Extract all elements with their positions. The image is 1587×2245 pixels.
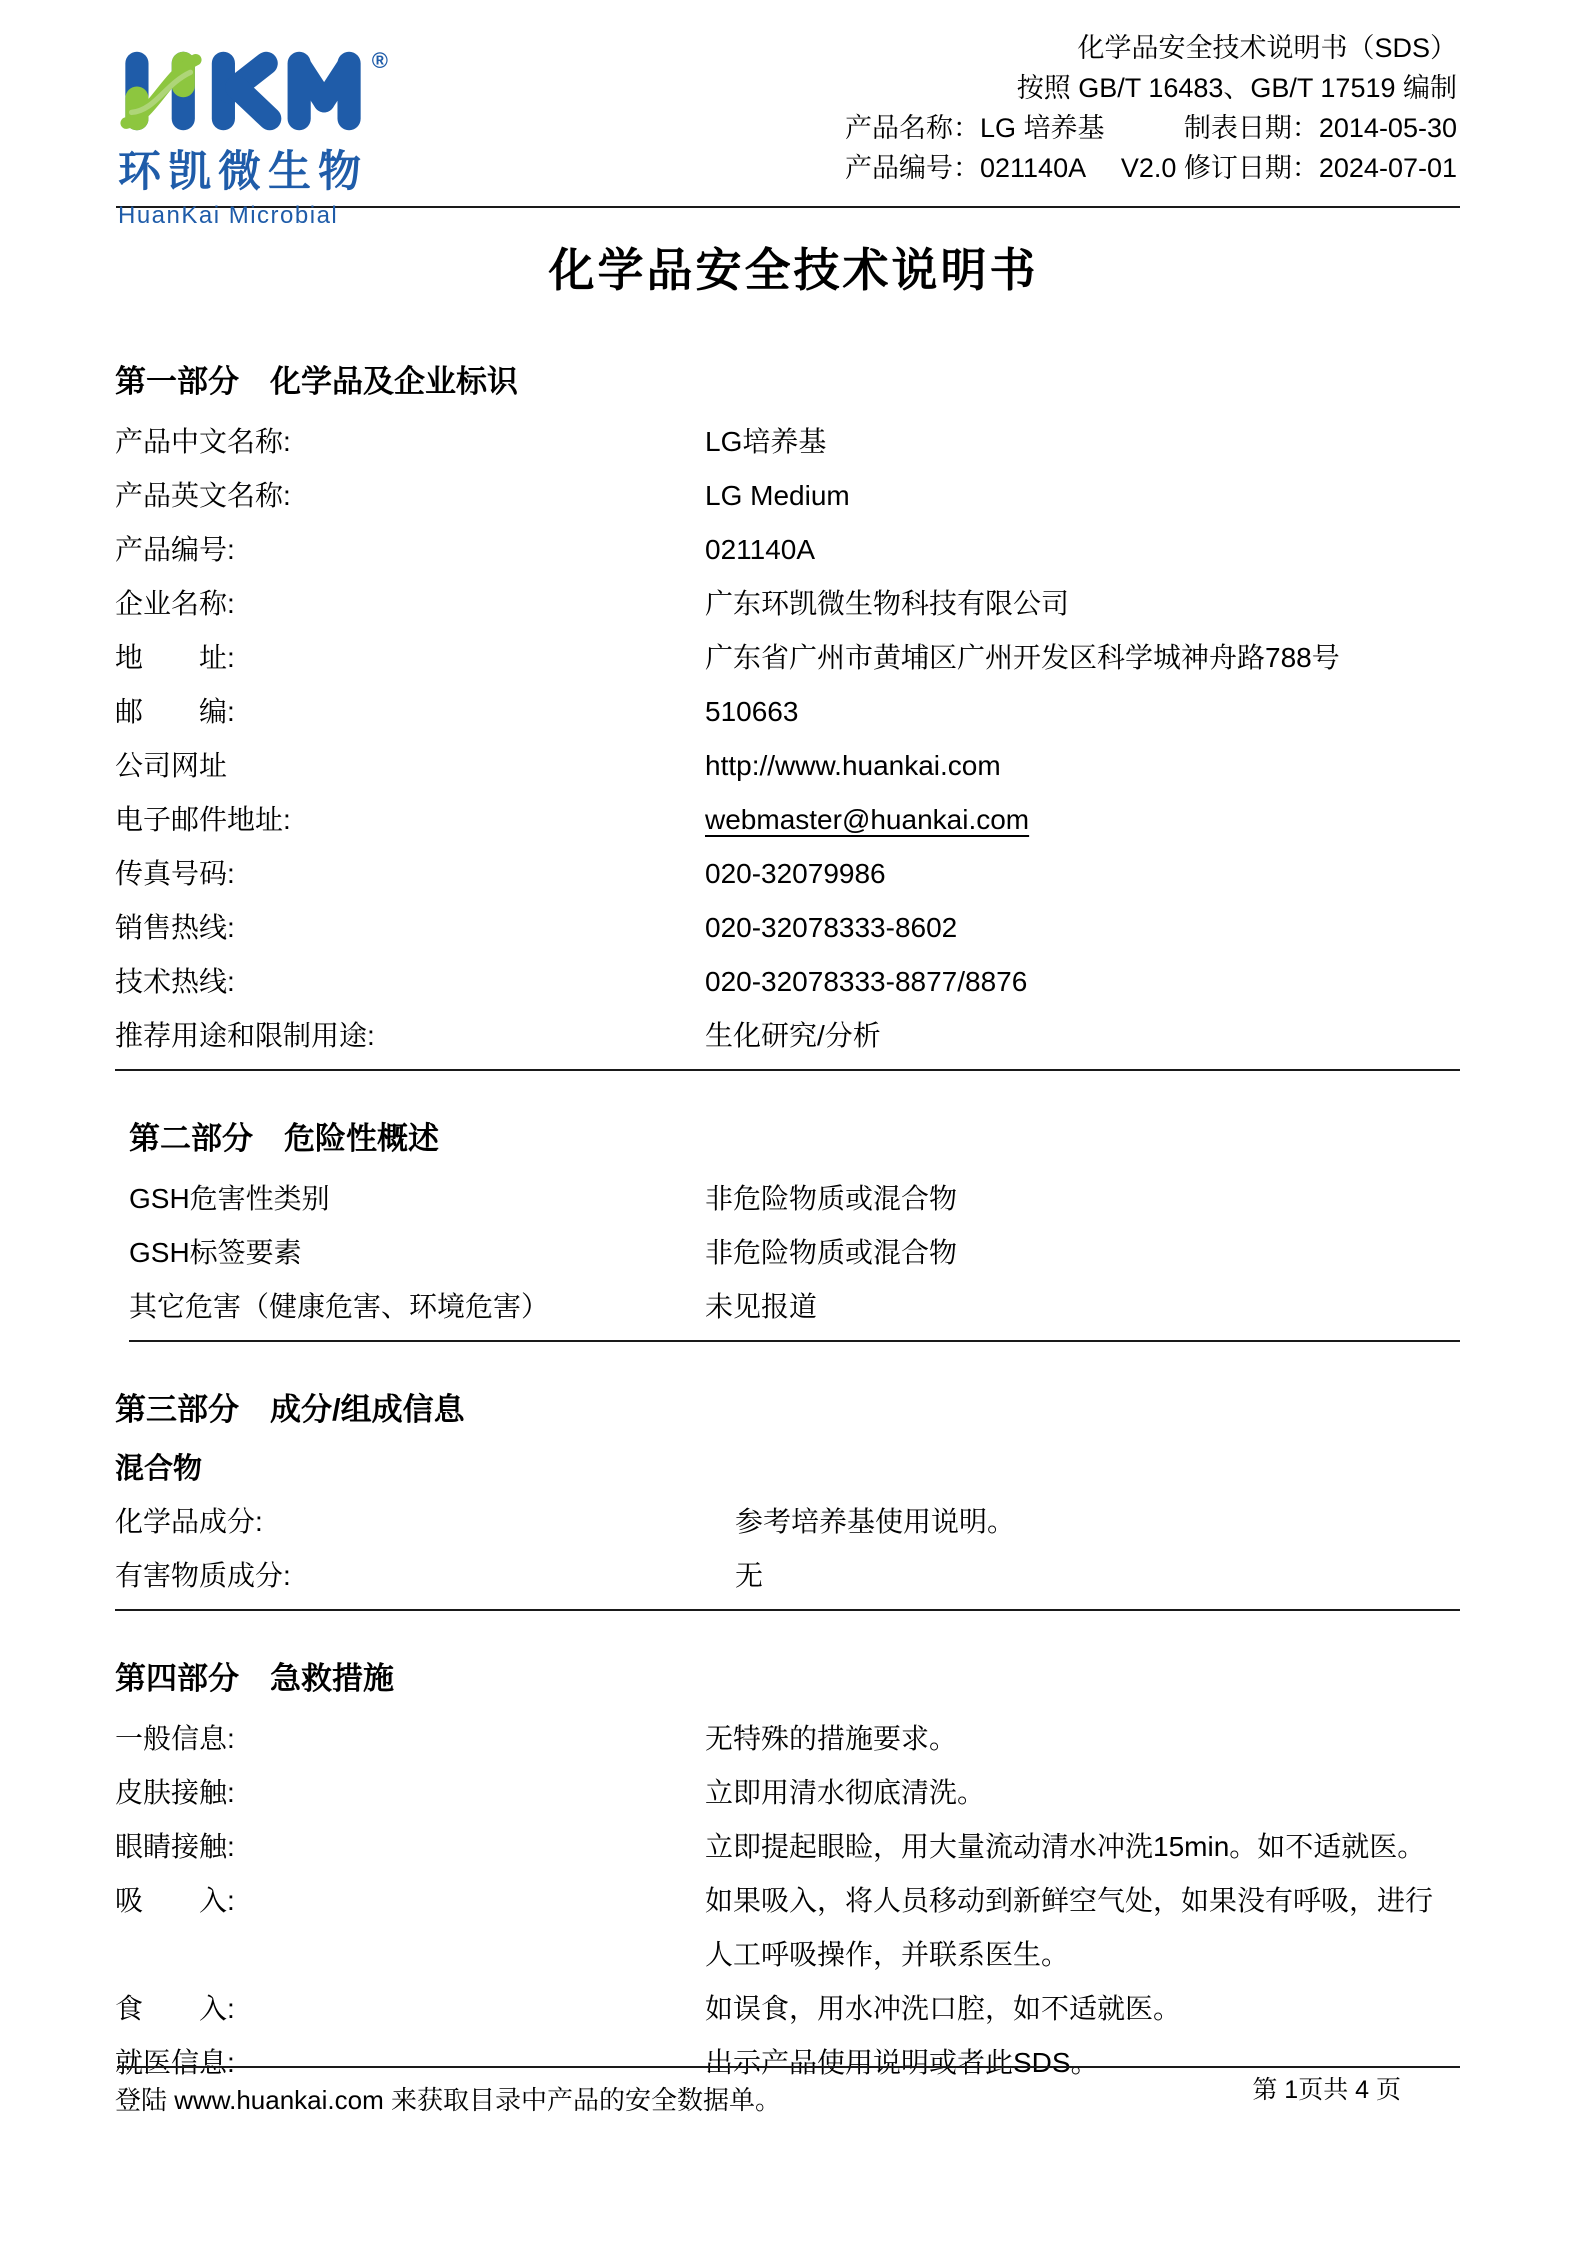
section-subheading: 混合物	[115, 1443, 1460, 1495]
footer-divider	[117, 2066, 1460, 2068]
section-heading: 第一部分 化学品及企业标识	[115, 356, 1460, 401]
field-value: 参考培养基使用说明。	[735, 1495, 1460, 1549]
field-row: 皮肤接触: 立即用清水彻底清洗。	[115, 1766, 1460, 1820]
field-row: 化学品成分: 参考培养基使用说明。	[115, 1495, 1460, 1549]
field-label: 其它危害（健康危害、环境危害）	[129, 1280, 705, 1334]
header-revision-date: V2.0 修订日期：2024-07-01	[1121, 148, 1457, 188]
header-info-block: 化学品安全技术说明书（SDS） 按照 GB/T 16483、GB/T 17519…	[845, 28, 1457, 188]
field-row: 传真号码: 020-32079986	[115, 847, 1460, 901]
footer-note: 登陆 www.huankai.com 来获取目录中产品的安全数据单。	[115, 2080, 781, 2117]
field-value: 021140A	[705, 523, 1460, 577]
field-value: 非危险物质或混合物	[705, 1172, 1460, 1226]
field-label: 吸 入:	[115, 1874, 705, 1982]
field-label: 推荐用途和限制用途:	[115, 1009, 705, 1063]
field-row: 产品中文名称: LG培养基	[115, 415, 1460, 469]
field-value: LG Medium	[705, 469, 1460, 523]
sds-document-page: ® 环凯微生物 HuanKai Microbial 化学品安全技术说明书（SDS…	[0, 0, 1587, 2245]
field-label: 公司网址	[115, 739, 705, 793]
field-value: 立即用清水彻底清洗。	[705, 1766, 1460, 1820]
field-label: 企业名称:	[115, 577, 705, 631]
field-label: GSH危害性类别	[129, 1172, 705, 1226]
field-label: GSH标签要素	[129, 1226, 705, 1280]
field-row: 公司网址 http://www.huankai.com	[115, 739, 1460, 793]
field-value: 020-32079986	[705, 847, 1460, 901]
field-label: 销售热线:	[115, 901, 705, 955]
field-value: 如果吸入，将人员移动到新鲜空气处，如果没有呼吸，进行人工呼吸操作，并联系医生。	[705, 1874, 1460, 1982]
field-value: 立即提起眼睑，用大量流动清水冲洗15min。如不适就医。	[705, 1820, 1460, 1874]
field-row: 有害物质成分: 无	[115, 1549, 1460, 1603]
page-title: 化学品安全技术说明书	[0, 234, 1587, 300]
hkm-letters-icon	[118, 50, 368, 132]
field-value: 020-32078333-8602	[705, 901, 1460, 955]
section-2-hazards: 第二部分 危险性概述 GSH危害性类别 非危险物质或混合物 GSH标签要素 非危…	[115, 1113, 1460, 1342]
email-link[interactable]: webmaster@huankai.com	[705, 793, 1460, 847]
section-1-identification: 第一部分 化学品及企业标识 产品中文名称: LG培养基 产品英文名称: LG M…	[115, 356, 1460, 1071]
field-row: 一般信息: 无特殊的措施要求。	[115, 1712, 1460, 1766]
document-header: ® 环凯微生物 HuanKai Microbial 化学品安全技术说明书（SDS…	[0, 0, 1587, 206]
field-value: 无特殊的措施要求。	[705, 1712, 1460, 1766]
logo-name-english: HuanKai Microbial	[118, 202, 408, 230]
section-heading: 第四部分 急救措施	[115, 1653, 1460, 1698]
field-label: 技术热线:	[115, 955, 705, 1009]
field-value: LG培养基	[705, 415, 1460, 469]
field-label: 食 入:	[115, 1982, 705, 2036]
field-value: 无	[735, 1549, 1460, 1603]
field-value: 020-32078333-8877/8876	[705, 955, 1460, 1009]
field-row: 企业名称: 广东环凯微生物科技有限公司	[115, 577, 1460, 631]
header-standard: 按照 GB/T 16483、GB/T 17519 编制	[845, 68, 1457, 108]
page-number: 第 1页共 4 页	[1252, 2070, 1401, 2106]
field-row: 电子邮件地址: webmaster@huankai.com	[115, 793, 1460, 847]
header-product-code: 产品编号：021140A	[845, 148, 1086, 188]
field-row: 产品编号: 021140A	[115, 523, 1460, 577]
field-row: 眼睛接触: 立即提起眼睑，用大量流动清水冲洗15min。如不适就医。	[115, 1820, 1460, 1874]
document-body: 第一部分 化学品及企业标识 产品中文名称: LG培养基 产品英文名称: LG M…	[0, 356, 1587, 2090]
field-label: 产品编号:	[115, 523, 705, 577]
section-4-first-aid: 第四部分 急救措施 一般信息: 无特殊的措施要求。 皮肤接触: 立即用清水彻底清…	[115, 1653, 1460, 2090]
field-label: 产品英文名称:	[115, 469, 705, 523]
hkm-logo-icon: ®	[118, 50, 368, 132]
field-value: 510663	[705, 685, 1460, 739]
logo-name-chinese: 环凯微生物	[118, 138, 408, 199]
field-label: 电子邮件地址:	[115, 793, 705, 847]
field-label: 一般信息:	[115, 1712, 705, 1766]
field-label: 皮肤接触:	[115, 1766, 705, 1820]
field-row: 邮 编: 510663	[115, 685, 1460, 739]
field-row: 技术热线: 020-32078333-8877/8876	[115, 955, 1460, 1009]
header-doc-type: 化学品安全技术说明书（SDS）	[845, 28, 1457, 68]
field-row: GSH危害性类别 非危险物质或混合物	[129, 1172, 1460, 1226]
section-divider	[115, 1609, 1460, 1611]
field-value: 广东省广州市黄埔区广州开发区科学城神舟路788号	[705, 631, 1460, 685]
field-row: 推荐用途和限制用途: 生化研究/分析	[115, 1009, 1460, 1063]
field-label: 地 址:	[115, 631, 705, 685]
registered-trademark-icon: ®	[372, 48, 388, 74]
website-link: http://www.huankai.com	[705, 739, 1460, 793]
field-row: 销售热线: 020-32078333-8602	[115, 901, 1460, 955]
field-value: 生化研究/分析	[705, 1009, 1460, 1063]
field-row: GSH标签要素 非危险物质或混合物	[129, 1226, 1460, 1280]
field-label: 传真号码:	[115, 847, 705, 901]
field-label: 眼睛接触:	[115, 1820, 705, 1874]
field-value: 未见报道	[705, 1280, 1460, 1334]
field-row: 吸 入: 如果吸入，将人员移动到新鲜空气处，如果没有呼吸，进行人工呼吸操作，并联…	[115, 1874, 1460, 1982]
field-row: 食 入: 如误食，用水冲洗口腔，如不适就医。	[115, 1982, 1460, 2036]
field-label: 有害物质成分:	[115, 1549, 735, 1603]
section-divider	[115, 1069, 1460, 1071]
field-value: 广东环凯微生物科技有限公司	[705, 577, 1460, 631]
section-divider	[129, 1340, 1460, 1342]
field-row: 产品英文名称: LG Medium	[115, 469, 1460, 523]
company-logo: ® 环凯微生物 HuanKai Microbial	[118, 50, 408, 230]
field-value: 如误食，用水冲洗口腔，如不适就医。	[705, 1982, 1460, 2036]
field-value: 非危险物质或混合物	[705, 1226, 1460, 1280]
field-label: 化学品成分:	[115, 1495, 735, 1549]
field-row: 地 址: 广东省广州市黄埔区广州开发区科学城神舟路788号	[115, 631, 1460, 685]
field-label: 产品中文名称:	[115, 415, 705, 469]
header-product-name: 产品名称：LG 培养基	[845, 108, 1105, 148]
field-row: 其它危害（健康危害、环境危害） 未见报道	[129, 1280, 1460, 1334]
section-3-composition: 第三部分 成分/组成信息 混合物 化学品成分: 参考培养基使用说明。 有害物质成…	[115, 1384, 1460, 1611]
header-create-date: 制表日期：2014-05-30	[1184, 108, 1457, 148]
field-label: 邮 编:	[115, 685, 705, 739]
section-heading: 第二部分 危险性概述	[129, 1113, 1460, 1158]
section-heading: 第三部分 成分/组成信息	[115, 1384, 1460, 1429]
